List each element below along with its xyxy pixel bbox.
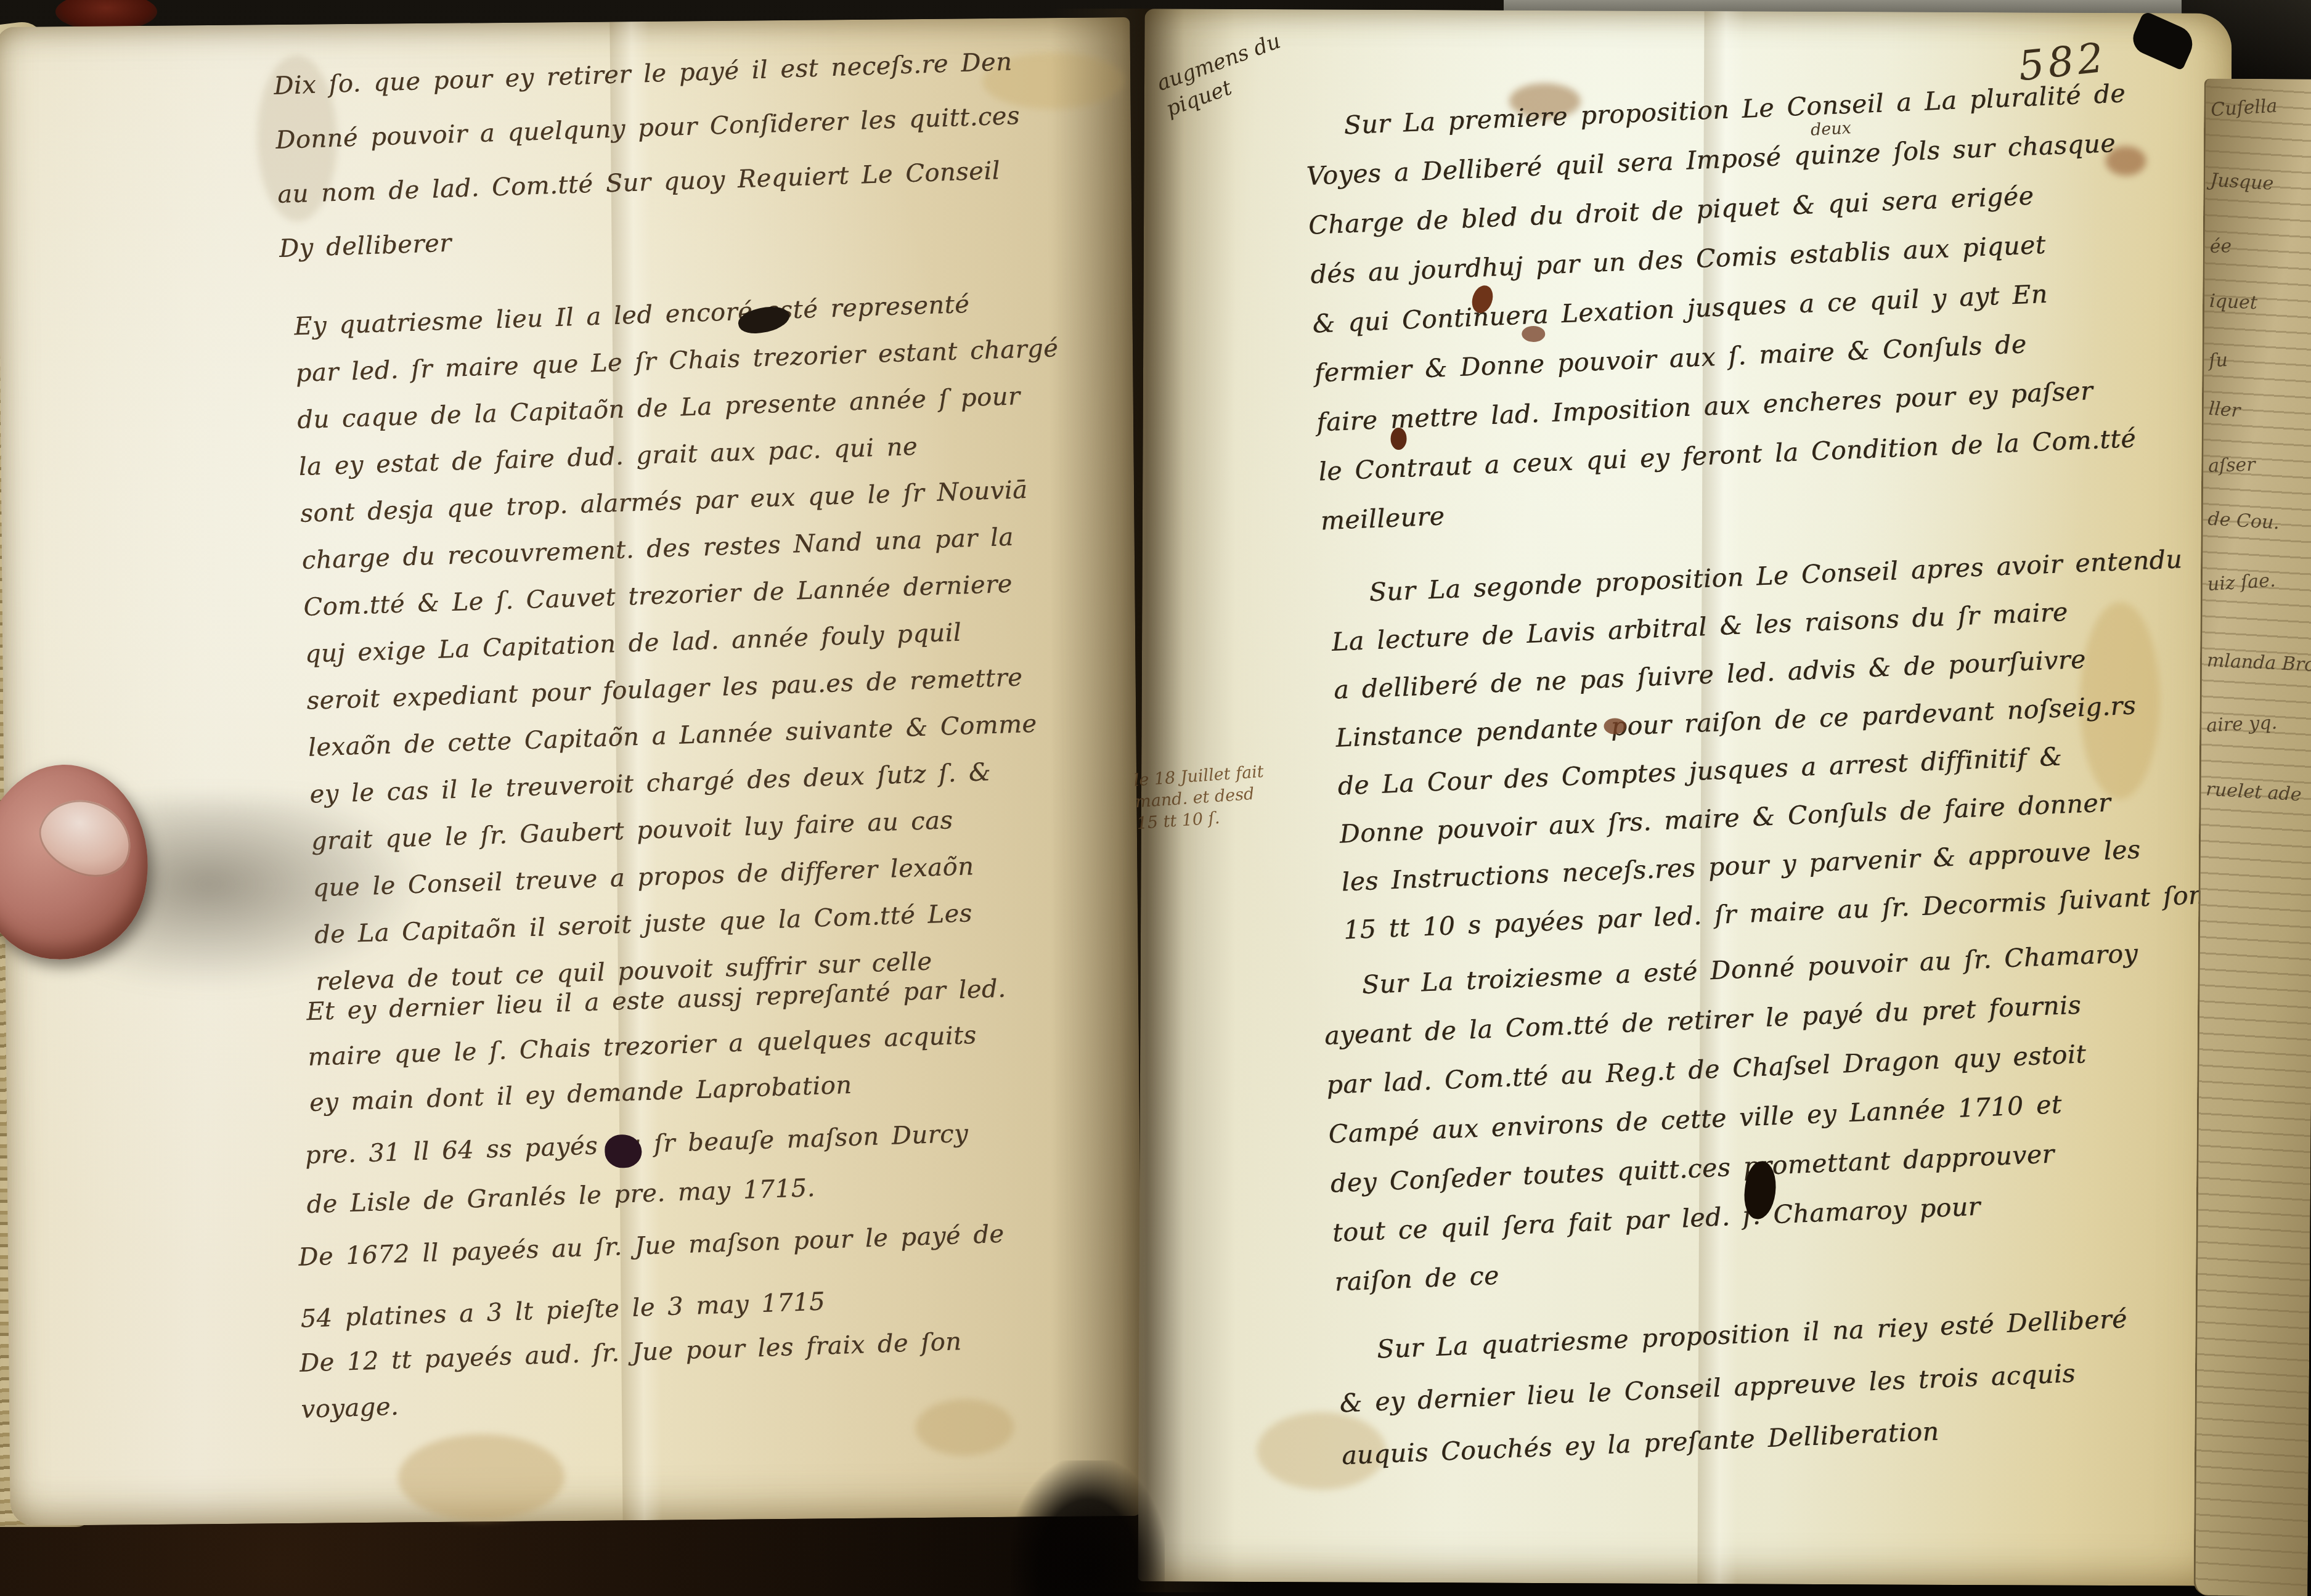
thumbnail-nail: [29, 787, 142, 889]
page-number: 582: [2016, 34, 2109, 91]
left-page-text: Dix ſo. que pour ey retirer le payé il e…: [0, 0, 1161, 1533]
text-fragment: Cuſella: [2210, 95, 2278, 121]
text-fragment: uiz ſae.: [2207, 569, 2276, 595]
right-page: Sur La premiere proposition Le Conseil a…: [1138, 9, 2232, 1586]
text-fragment: aſser: [2208, 454, 2256, 477]
text-fragment: de Cou.: [2207, 508, 2280, 534]
gutter-shadow: [1051, 9, 1236, 1592]
right-page-text: Sur La premiere proposition Le Conseil a…: [1110, 0, 2260, 1589]
text-fragment: mlanda Bro: [2206, 649, 2311, 675]
fore-edge-page-stack: Cuſella Jusque ée iquet ſu ller aſser de…: [2193, 78, 2311, 1596]
paragraph: Sur La troiziesme a esté Donné pouvoir a…: [1321, 929, 2151, 1307]
paragraph: Sur La quatriesme proposition il na riey…: [1336, 1293, 2132, 1482]
text-fragment: aire yq.: [2206, 712, 2278, 736]
gutter-bottom-shadow: [1011, 1460, 1165, 1596]
text-fragment: Jusque: [2209, 169, 2274, 195]
rust-spot: [1390, 428, 1406, 450]
paragraph: Dix ſo. que pour ey retirer le payé il e…: [273, 35, 1024, 276]
paragraph: Sur La premiere proposition Le Conseil a…: [1303, 68, 2143, 545]
text-fragment: ller: [2208, 398, 2241, 422]
rust-spot: [1522, 326, 1545, 342]
text-fragment: iquet: [2209, 290, 2257, 314]
paragraph: Et ey dernier lieu il a este aussj repre…: [306, 966, 1009, 1126]
ink-blot: [605, 1134, 642, 1168]
text-fragment: ruelet ade: [2206, 778, 2302, 805]
text-fragment: ée: [2209, 235, 2232, 258]
left-page: Dix ſo. que pour ey retirer le payé il e…: [0, 17, 1143, 1526]
text-fragment: ſu: [2209, 349, 2228, 372]
interline-note: deux: [1810, 118, 1851, 139]
paragraph: Sur La segonde proposition Le Conseil ap…: [1329, 531, 2286, 954]
manuscript-photo: Dix ſo. que pour ey retirer le payé il e…: [0, 0, 2311, 1596]
rust-spot: [1604, 718, 1626, 734]
